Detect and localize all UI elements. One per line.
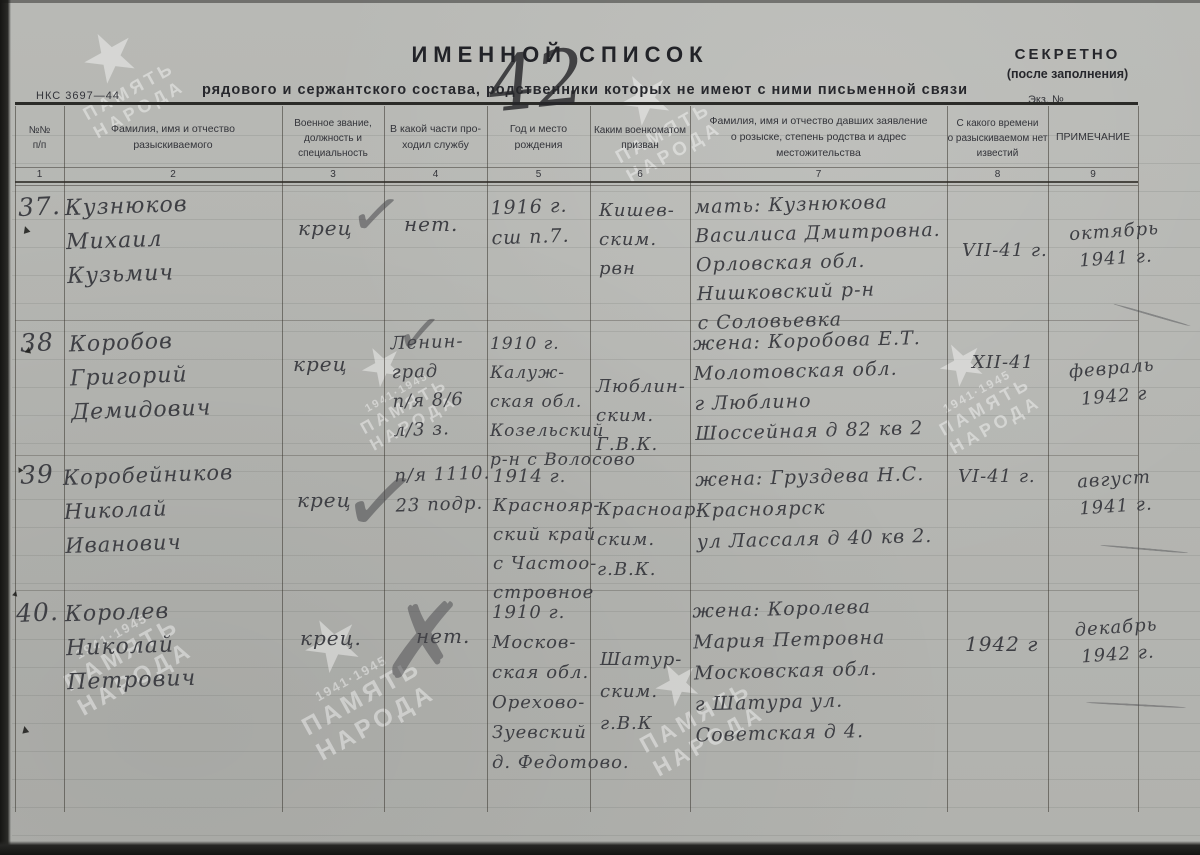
column-header-name: Фамилия, имя и отчество разыскиваемого: [64, 112, 282, 164]
table-vertical-line: [690, 106, 691, 812]
pencil-stroke: [1086, 701, 1186, 708]
military-rank: крец: [298, 216, 353, 240]
column-number: 7: [690, 167, 947, 181]
note: август 1941 г.: [1058, 462, 1171, 524]
applicant-info: жена: Коробова Е.Т. Молотовская обл. г Л…: [692, 323, 923, 449]
note: декабрь 1942 г.: [1060, 610, 1173, 672]
pencil-scribble: 42: [484, 31, 589, 130]
column-header-applicant: Фамилия, имя и отчество давших заявление…: [690, 112, 947, 164]
column-header-rank: Военное звание, должность и специальност…: [282, 112, 384, 164]
no-news-since: VII-41 г.: [962, 240, 1048, 261]
pencil-checkmark: ✓: [393, 300, 445, 369]
table-horizontal-line: [15, 181, 1138, 183]
secrecy-label: СЕКРЕТНО: [995, 46, 1140, 63]
scan-edge-bottom: [0, 841, 1200, 855]
table-vertical-line: [947, 106, 948, 812]
table-horizontal-line: [15, 320, 1138, 321]
note: февраль 1942 г: [1056, 350, 1170, 415]
no-news-since: 1942 г: [965, 632, 1038, 656]
form-number: НКС 3697—44: [36, 90, 120, 102]
table-vertical-line: [282, 106, 283, 812]
note: октябрь 1941 г.: [1058, 214, 1171, 276]
birth-info: 1914 г. Краснояр- ский край с Частоо- ст…: [493, 462, 600, 607]
row-number: 39: [19, 459, 54, 490]
secrecy-stamp: СЕКРЕТНО (после заполнения): [995, 46, 1140, 81]
pencil-checkmark: ✓: [335, 443, 426, 560]
commissariat: Красноар- ским. г.В.К.: [597, 495, 703, 585]
row-number: 40.: [15, 597, 59, 628]
military-rank: крец.: [300, 626, 362, 650]
commissariat: Шатур- ским. г.В.К: [600, 644, 682, 740]
column-header-unit: В какой части про- ходил службу: [384, 112, 487, 164]
table-vertical-line: [15, 106, 16, 812]
pencil-stroke: [1100, 544, 1188, 554]
no-news-since: XII-41: [972, 352, 1034, 373]
column-number: 6: [590, 167, 690, 181]
column-header-since: С какого времени о разыскиваемом нет изв…: [947, 112, 1048, 164]
scan-edge-top: [0, 0, 1200, 3]
birth-info: 1916 г. сш п.7.: [490, 191, 570, 254]
margin-mark: ▲: [10, 587, 21, 599]
margin-mark: ▲: [18, 221, 34, 238]
commissariat: Кишев- ским. рвн: [599, 196, 675, 283]
applicant-info: жена: Груздева Н.С. Красноярск ул Лассал…: [695, 459, 933, 558]
row-number: 37.: [17, 191, 61, 222]
sought-person-name: Кузнюков Михаил Кузьмич: [64, 188, 190, 294]
pencil-checkmark: ✓: [345, 174, 408, 254]
table-horizontal-line: [15, 185, 1138, 186]
military-unit: нет.: [404, 212, 458, 236]
column-number: 2: [64, 167, 282, 181]
margin-mark: ▲: [18, 721, 33, 737]
table-vertical-line: [1048, 106, 1049, 812]
column-number: 5: [487, 167, 590, 181]
sought-person-name: Королев Николай Петрович: [64, 594, 197, 700]
pencil-cross: ✗: [380, 580, 467, 702]
column-number: 1: [15, 167, 64, 181]
sought-person-name: Коробейников Николай Иванович: [62, 455, 236, 563]
margin-mark: ▲: [22, 343, 35, 357]
military-rank: крец: [293, 352, 348, 376]
no-news-since: VI-41 г.: [958, 466, 1036, 487]
column-header-num: №№ п/п: [15, 112, 64, 164]
secrecy-note: (после заполнения): [995, 67, 1140, 81]
column-header-note: ПРИМЕЧАНИЕ: [1048, 112, 1138, 164]
sought-person-name: Коробов Григорий Демидович: [68, 324, 212, 431]
scanned-document-page: ★ ПАМЯТЬ НАРОДА ★ ПАМЯТЬ НАРОДА ★ 1941·1…: [0, 0, 1200, 855]
column-number: 8: [947, 167, 1048, 181]
column-number: 4: [384, 167, 487, 181]
scan-edge-left: [0, 0, 11, 855]
pencil-stroke: [1113, 303, 1190, 327]
commissariat: Люблин- ским. Г.В.К.: [596, 372, 686, 459]
applicant-info: мать: Кузнюкова Василиса Дмитровна. Орло…: [694, 187, 943, 338]
column-number: 9: [1048, 167, 1138, 181]
column-header-commissariat: Каким военкоматом призван: [590, 112, 690, 164]
applicant-info: жена: Королева Мария Петровна Московская…: [692, 592, 888, 752]
